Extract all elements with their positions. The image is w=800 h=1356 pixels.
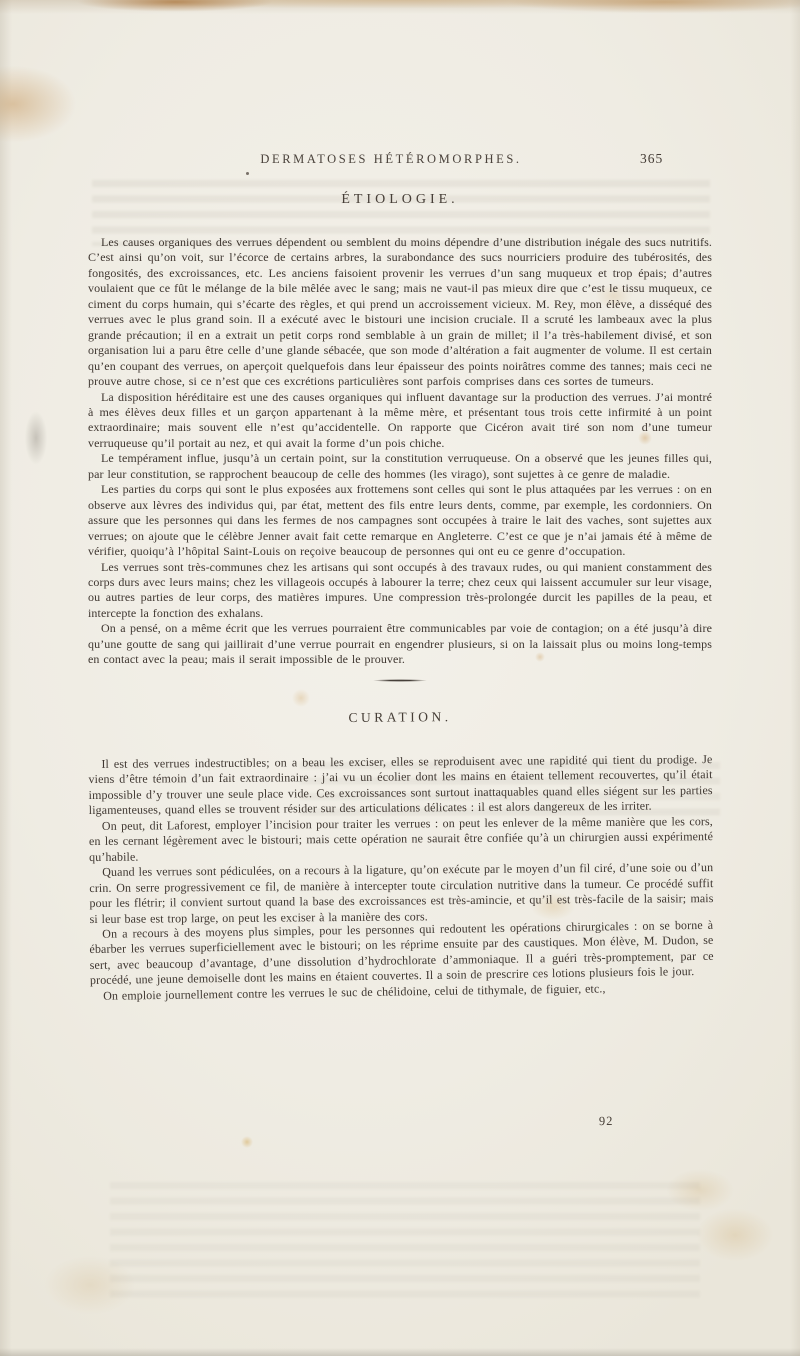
section-heading-etiologie: ÉTIOLOGIE. [88, 192, 712, 208]
verso-showthrough-bottom [110, 1182, 700, 1300]
section-divider-rule [368, 679, 432, 682]
running-header: DERMATOSES HÉTÉROMORPHES. [88, 152, 694, 167]
section-curation: CURATION. Il est des verrues indestructi… [88, 707, 714, 1004]
text-column: ÉTIOLOGIE. Les causes organiques des ver… [88, 192, 712, 1004]
paragraph: Les causes organiques des verrues dépend… [88, 235, 712, 390]
paragraph: Quand les verrues sont pédiculées, on a … [89, 860, 713, 927]
section-curation-lower: On a recours à des moyens plus simples, … [89, 917, 714, 1004]
paragraph: La disposition héréditaire est une des c… [88, 390, 712, 452]
printer-signature-mark: 92 [599, 1114, 614, 1129]
printer-mark-dot [246, 172, 249, 175]
section-heading-curation: CURATION. [88, 707, 712, 728]
page-number: 365 [640, 151, 663, 167]
paragraph: Il est des verrues indestructibles; on a… [88, 752, 712, 819]
paragraph: On a pensé, on a même écrit que les verr… [88, 621, 712, 667]
paragraph: On a recours à des moyens plus simples, … [89, 917, 714, 988]
paragraph: Le tempérament influe, jusqu’à un certai… [88, 451, 712, 482]
paragraph: Les parties du corps qui sont le plus ex… [88, 482, 712, 559]
book-page-scan: DERMATOSES HÉTÉROMORPHES. 365 ÉTIOLOGIE.… [0, 0, 800, 1356]
paragraph: Les verrues sont très-communes chez les … [88, 560, 712, 622]
paragraph: On peut, dit Laforest, employer l’incisi… [89, 814, 713, 865]
